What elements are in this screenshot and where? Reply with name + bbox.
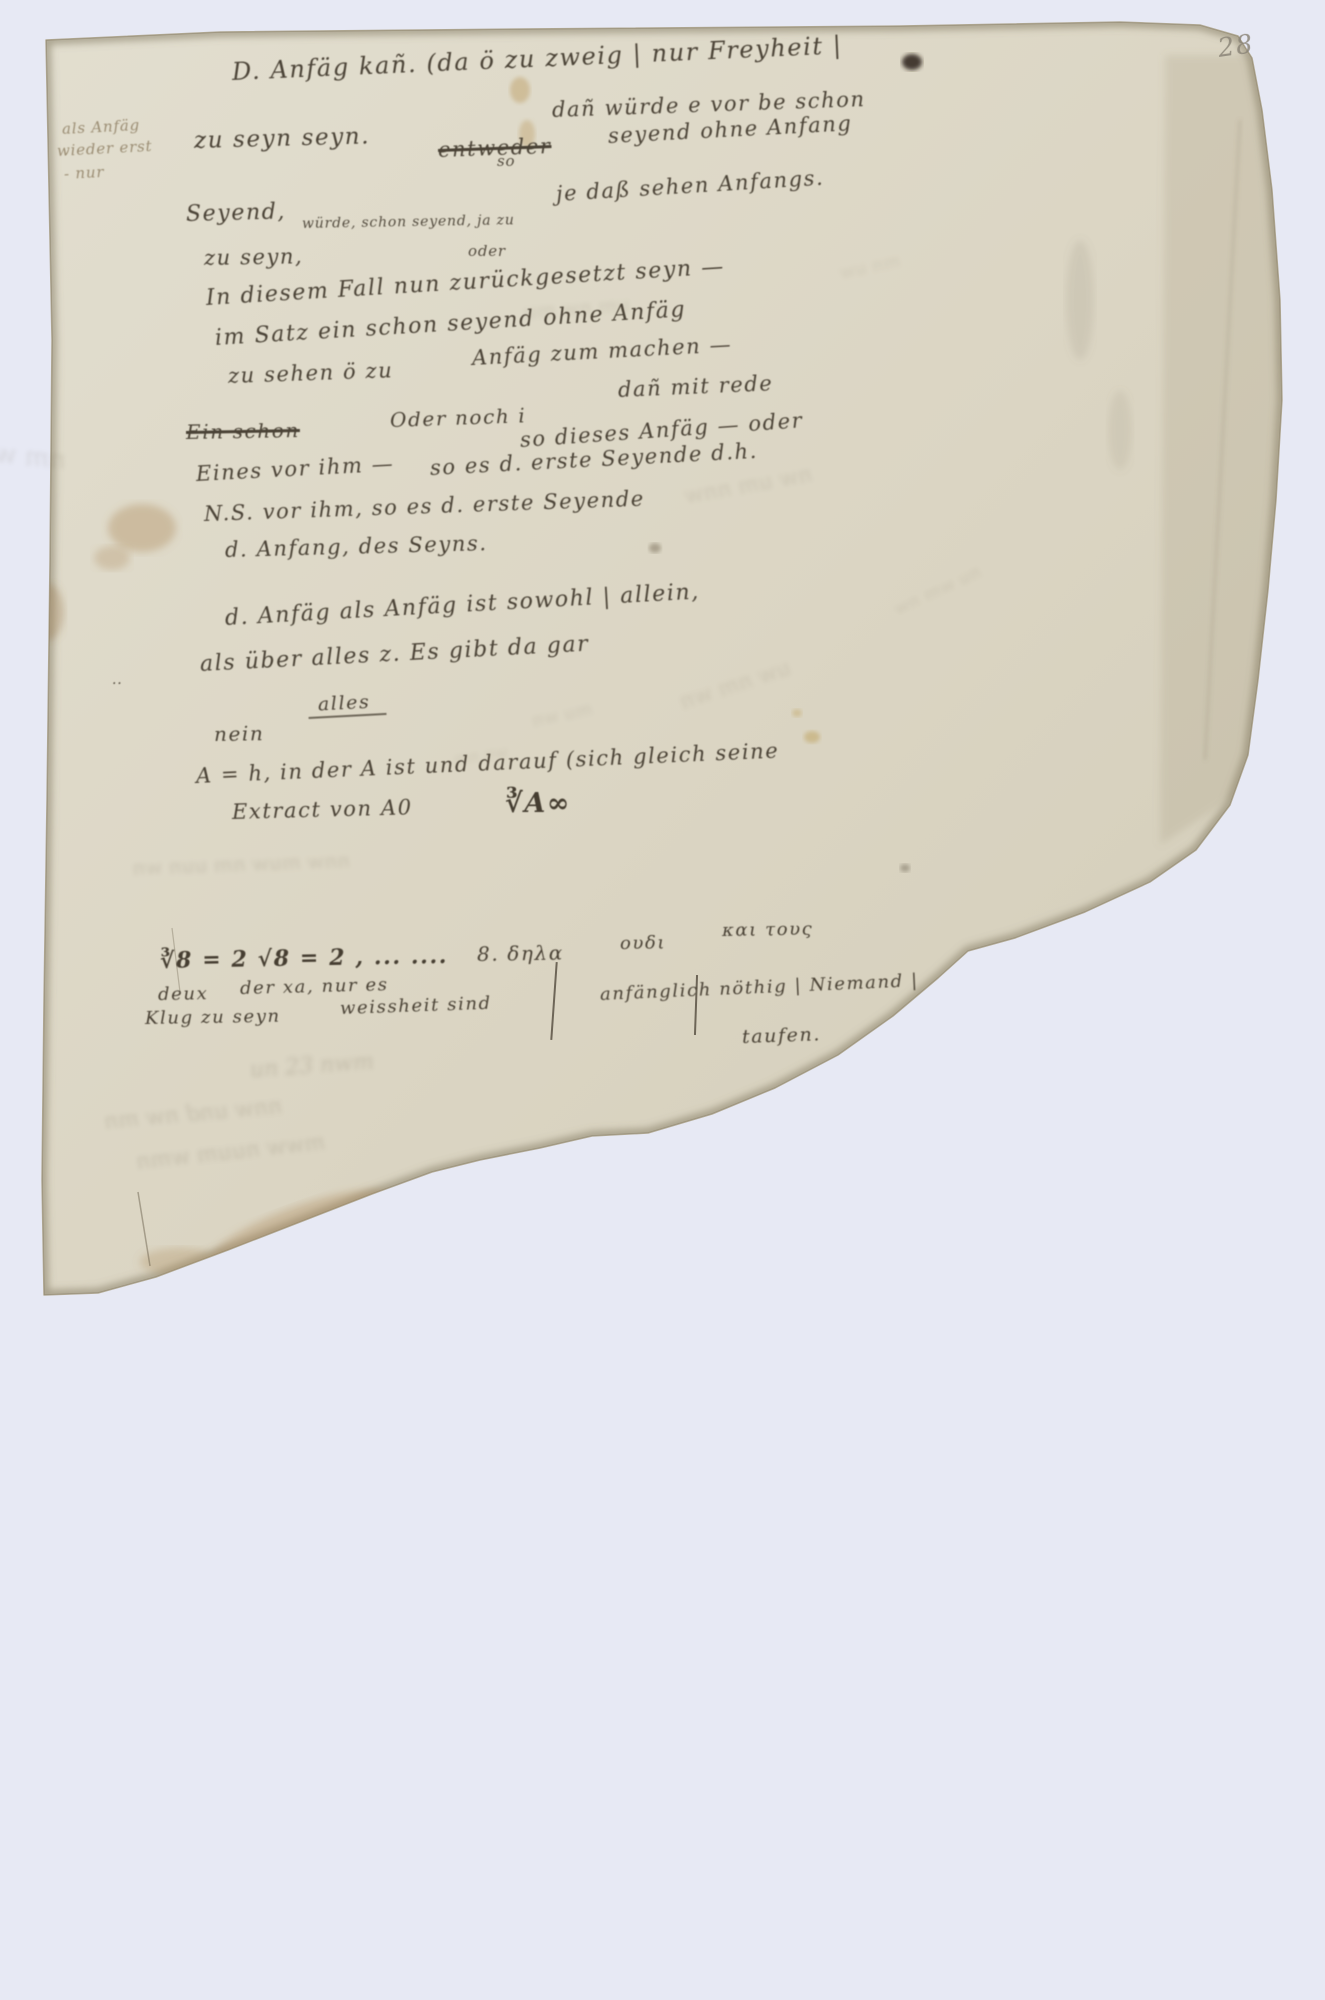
stain [1066, 240, 1094, 360]
margin-note-line: - nur [64, 163, 105, 183]
stain [792, 709, 802, 717]
math-line: ∛8 = 2 √8 = 2 , ... .... [160, 943, 448, 974]
manuscript-line: Seyend, [186, 199, 287, 227]
stain [108, 504, 176, 552]
manuscript-line: zu seyn, [204, 244, 304, 270]
stain [32, 584, 64, 640]
stain [94, 546, 130, 570]
page-number: 28 [1216, 29, 1256, 64]
math-line: deux [158, 983, 209, 1005]
math-line-greek: και τους [722, 918, 814, 941]
math-line: Klug zu seyn [145, 1006, 281, 1029]
math-line: der xa, nur es [240, 974, 389, 999]
stain [900, 864, 910, 872]
formula-root: ∛A∞ [505, 788, 571, 819]
math-line: taufen. [742, 1023, 822, 1048]
stain [510, 77, 530, 103]
scanned-document: 28 als Anfäg wieder erst - nur D. Anfäg … [0, 0, 1325, 2000]
manuscript-line: Extract von A0 [232, 795, 413, 824]
manuscript-line: zu seyn seyn. [194, 123, 371, 154]
interlinear-word: oder [468, 242, 506, 260]
strikethrough-word: entweder [438, 134, 552, 162]
stain [1108, 390, 1132, 470]
stain [140, 1248, 220, 1276]
manuscript-line: Oder noch i [390, 403, 527, 432]
manuscript-line: nein [214, 721, 265, 746]
strikethrough-words: Ein schon [186, 418, 300, 444]
stain [804, 731, 820, 743]
ink-blot [902, 54, 922, 70]
ink-dots: .. [112, 672, 123, 688]
underlined-word: alles [307, 690, 387, 719]
math-line-greek: 8. δηλα [477, 940, 564, 966]
stain [649, 543, 661, 553]
math-line-greek: ουδι [620, 932, 666, 954]
